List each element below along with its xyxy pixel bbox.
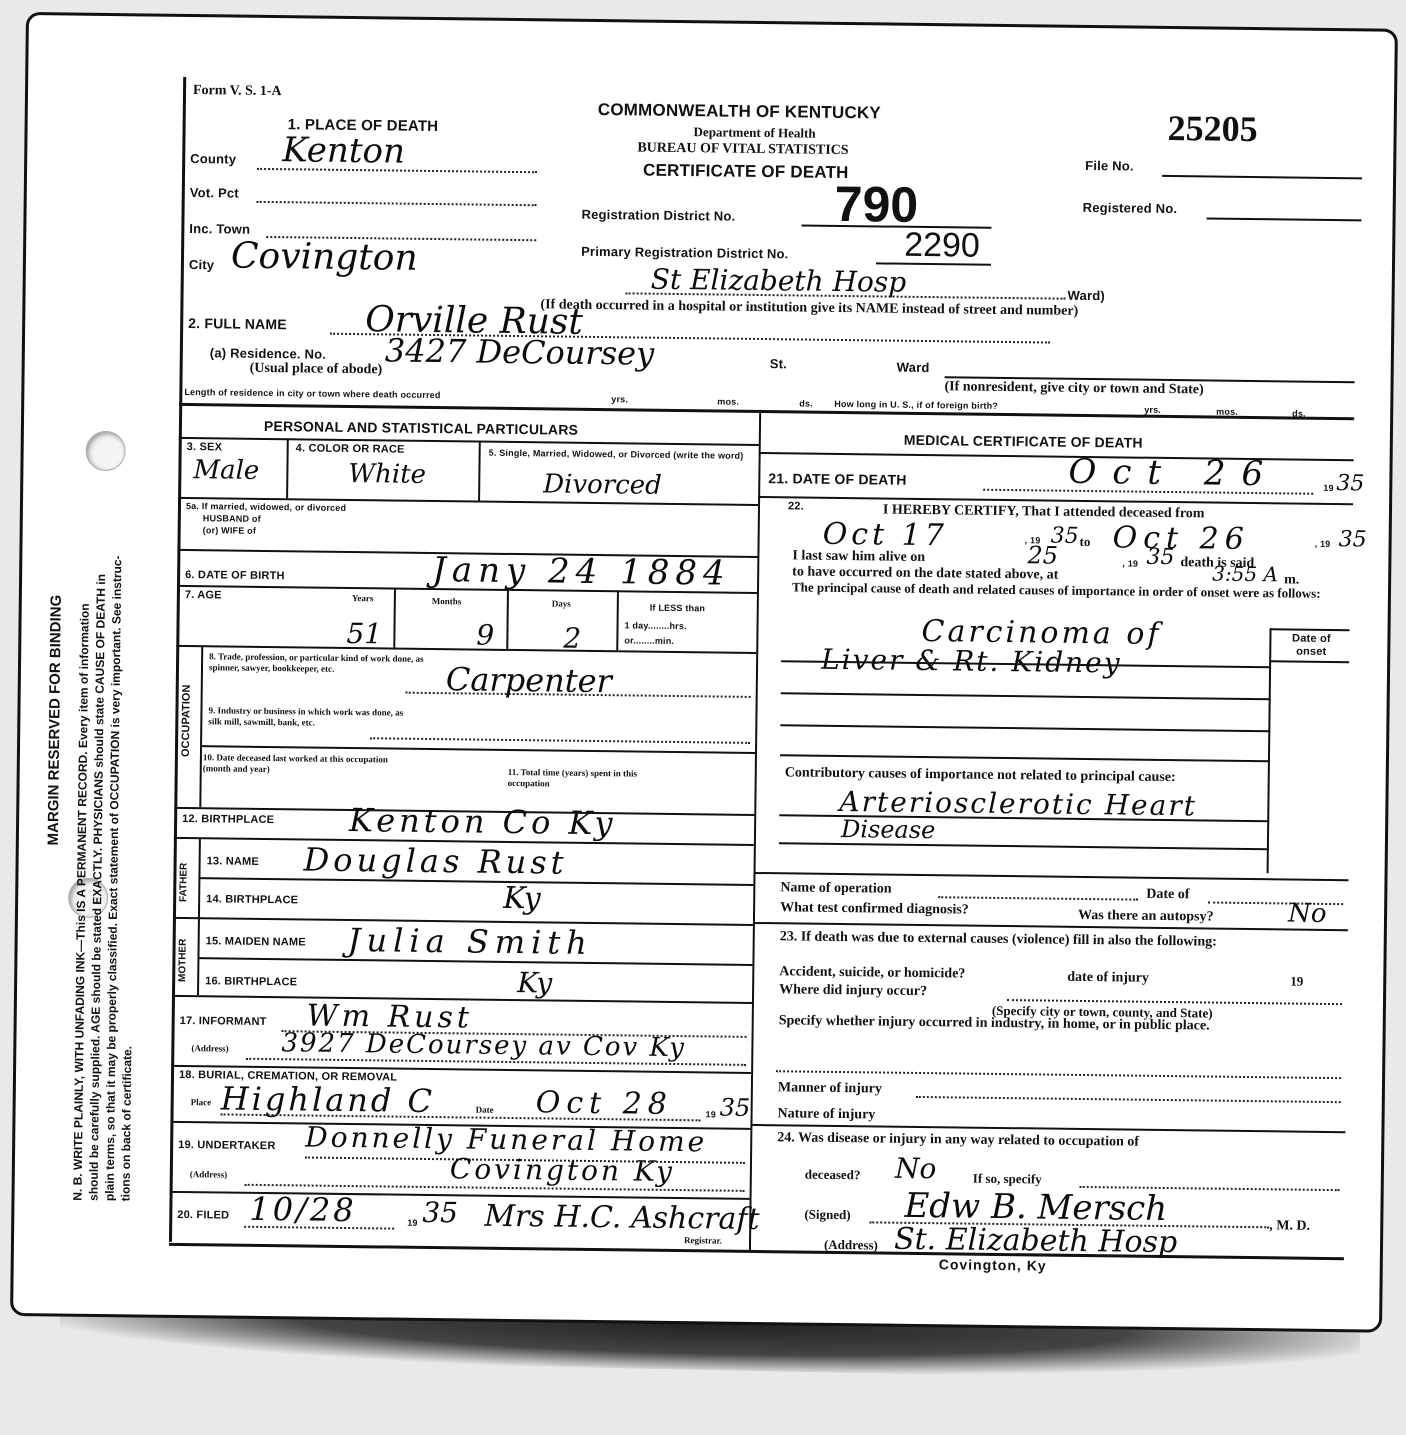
years-value[interactable]: 51 <box>346 617 382 650</box>
stamped-number: 25205 <box>1167 107 1258 150</box>
industry-label: 9. Industry or business in which work wa… <box>208 705 408 729</box>
attended-from-value[interactable]: Oct 17 <box>822 517 948 554</box>
dob-label: 6. DATE OF BIRTH <box>185 569 285 582</box>
vot-pct-label: Vot. Pct <box>190 185 239 201</box>
less-day-label: 1 day........hrs. <box>624 620 686 631</box>
file-no-label: File No. <box>1085 158 1134 174</box>
attended-to-year[interactable]: 35 <box>1338 527 1366 552</box>
nonresident-note: (If nonresident, give city or town and S… <box>944 379 1203 398</box>
age-label: 7. AGE <box>185 589 222 601</box>
last-saw-year[interactable]: 35 <box>1146 545 1174 570</box>
father-name-value[interactable]: Douglas Rust <box>303 840 567 881</box>
registrar-label: Registrar. <box>684 1235 722 1245</box>
usual-abode-note: (Usual place of abode) <box>250 361 383 379</box>
informant-address-label: (Address) <box>191 1043 228 1053</box>
trade-label: 8. Trade, profession, or particular kind… <box>209 651 424 676</box>
occupation-side-label: OCCUPATION <box>180 685 193 757</box>
marital-value[interactable]: Divorced <box>543 469 662 500</box>
if-so-label: If so, specify <box>973 1171 1042 1188</box>
city-label: City <box>189 257 215 272</box>
where-injury-label: Where did injury occur? <box>779 982 927 1000</box>
certificate-title: CERTIFICATE OF DEATH <box>643 161 849 184</box>
autopsy-value[interactable]: No <box>1288 898 1327 928</box>
form-left-border <box>169 77 186 1242</box>
less-min-label: or........min. <box>624 635 674 646</box>
months-label: Months <box>432 596 462 606</box>
primary-registration-value[interactable]: 2290 <box>904 226 980 266</box>
punch-hole <box>85 431 125 471</box>
years-label: Years <box>352 593 374 603</box>
race-value[interactable]: White <box>348 459 426 490</box>
date-of-label: Date of <box>1146 887 1189 904</box>
undertaker-address-value[interactable]: Covington Ky <box>450 1152 675 1188</box>
father-name-label: 13. NAME <box>207 855 259 868</box>
signed-label: (Signed) <box>804 1207 850 1224</box>
date-of-death-label: 21. DATE OF DEATH <box>768 470 906 488</box>
autopsy-label: Was there an autopsy? <box>1078 908 1214 926</box>
date-injury-year: 19 <box>1290 974 1303 990</box>
residence-label: (a) Residence. No. <box>210 345 326 361</box>
county-label: County <box>190 151 236 167</box>
primary-registration-label: Primary Registration District No. <box>581 244 789 262</box>
city-value[interactable]: Covington <box>231 236 418 279</box>
date-of-death-value[interactable]: Oct 26 <box>1068 452 1279 495</box>
length-residence-label: Length of residence in city or town wher… <box>184 387 440 400</box>
less-than-label: If LESS than <box>650 603 706 614</box>
ward-label-top: Ward) <box>1068 288 1106 303</box>
test-label: What test confirmed diagnosis? <box>780 900 969 918</box>
manner-label: Manner of injury <box>778 1080 882 1097</box>
form-id: Form V. S. 1-A <box>193 83 282 100</box>
operation-label: Name of operation <box>780 880 891 897</box>
burial-year-value[interactable]: 35 <box>719 1094 750 1122</box>
specify-whether-label: Specify whether injury occurred in indus… <box>779 1014 1339 1035</box>
filed-year-value[interactable]: 35 <box>422 1196 458 1229</box>
sex-label: 3. SEX <box>187 441 223 453</box>
institution-note: (If death occurred in a hospital or inst… <box>540 297 1078 320</box>
mother-side-label: MOTHER <box>177 939 189 982</box>
burial-place-label: Place <box>191 1097 212 1107</box>
birthplace-value[interactable]: Kenton Co Ky <box>349 801 617 842</box>
dob-value[interactable]: Jany 24 1884 <box>432 550 731 594</box>
deceased-label: deceased? <box>805 1167 861 1184</box>
spouse-label-1: 5a. If married, widowed, or divorced <box>186 501 346 513</box>
address-stamp: Covington, Ky <box>939 1256 1047 1273</box>
filed-year-prefix: 19 <box>407 1218 418 1228</box>
full-name-label: 2. FULL NAME <box>188 315 287 332</box>
contributory-line-2[interactable]: Disease <box>841 815 936 844</box>
accident-label: Accident, suicide, or homicide? <box>779 964 965 982</box>
filed-label: 20. FILED <box>177 1209 229 1222</box>
mother-birthplace-value[interactable]: Ky <box>517 966 552 999</box>
total-time-label: 11. Total time (years) spent in this occ… <box>508 767 648 791</box>
mos-label: mos. <box>717 396 739 406</box>
registered-no-label: Registered No. <box>1083 200 1178 216</box>
residence-ward-label: Ward <box>897 360 930 375</box>
contributory-label: Contributory causes of importance not re… <box>785 766 1225 784</box>
death-year-value[interactable]: 35 <box>1336 471 1364 496</box>
state-title: COMMONWEALTH OF KENTUCKY <box>598 100 881 123</box>
registrar-value[interactable]: Mrs H.C. Ashcraft <box>484 1199 760 1237</box>
sex-value[interactable]: Male <box>193 455 259 486</box>
occupation-related-value[interactable]: No <box>895 1152 937 1186</box>
date-injury-label: date of injury <box>1067 970 1149 987</box>
last-saw-value[interactable]: 25 <box>1027 541 1058 569</box>
undertaker-address-label: (Address) <box>190 1169 227 1179</box>
informant-address-value[interactable]: 3927 DeCoursey av Cov Ky <box>281 1028 686 1063</box>
attended-to-value[interactable]: Oct 26 <box>1112 520 1250 557</box>
mother-birthplace-label: 16. BIRTHPLACE <box>205 975 297 988</box>
informant-label: 17. INFORMANT <box>180 1015 267 1028</box>
margin-instruction-4: tions on back of certificate. <box>118 1046 134 1202</box>
months-value[interactable]: 9 <box>476 619 494 652</box>
spouse-label-2: HUSBAND of <box>203 513 261 524</box>
time-value[interactable]: 3:55 A <box>1212 562 1278 587</box>
residence-value[interactable]: 3427 DeCoursey <box>385 331 655 372</box>
marital-label: 5. Single, Married, Widowed, or Divorced… <box>489 448 749 461</box>
date-of-onset-label: Date of onset <box>1275 632 1347 659</box>
bureau: BUREAU OF VITAL STATISTICS <box>637 140 848 159</box>
father-birthplace-label: 14. BIRTHPLACE <box>206 893 298 906</box>
nature-label: Nature of injury <box>777 1106 875 1123</box>
how-long-label: How long in U. S., if of foreign birth? <box>834 399 998 411</box>
father-side-label: FATHER <box>178 863 189 902</box>
last-worked-label: 10. Date deceased last worked at this oc… <box>203 752 413 777</box>
department: Department of Health <box>693 124 815 141</box>
burial-date-label: Date <box>476 1105 494 1115</box>
burial-date-value[interactable]: Oct 28 <box>535 1085 673 1122</box>
mother-name-value[interactable]: Julia Smith <box>347 921 593 962</box>
md-label: , M. D. <box>1269 1218 1310 1234</box>
yrs-label-2: yrs. <box>1144 405 1161 415</box>
registration-district-label: Registration District No. <box>581 207 735 224</box>
margin-reserved-label: MARGIN RESERVED FOR BINDING <box>45 595 65 846</box>
personal-section-title: PERSONAL AND STATISTICAL PARTICULARS <box>264 418 578 438</box>
medical-section-title: MEDICAL CERTIFICATE OF DEATH <box>904 432 1143 451</box>
days-label: Days <box>552 598 571 608</box>
filed-date-value[interactable]: 10/28 <box>249 1190 357 1229</box>
external-causes-label: 23. If death was due to external causes … <box>780 930 1340 951</box>
race-label: 4. COLOR OR RACE <box>296 442 405 455</box>
mother-name-label: 15. MAIDEN NAME <box>206 935 306 948</box>
undertaker-label: 19. UNDERTAKER <box>178 1139 275 1152</box>
inc-town-label: Inc. Town <box>189 221 250 237</box>
occupation-related-label: 24. Was disease or injury in any way rel… <box>777 1130 1139 1150</box>
spouse-label-3: (or) WIFE of <box>203 525 257 536</box>
ds-label: ds. <box>799 398 813 408</box>
father-birthplace-value[interactable]: Ky <box>503 881 541 916</box>
yrs-label: yrs. <box>611 394 628 404</box>
birthplace-label: 12. BIRTHPLACE <box>182 813 274 826</box>
last-saw-label: I last saw him alive on <box>792 548 925 566</box>
death-year-prefix: 19 <box>1323 483 1334 493</box>
certify-num: 22. <box>788 500 804 512</box>
residence-st-label: St. <box>770 356 787 371</box>
county-value[interactable]: Kenton <box>282 130 405 171</box>
to-label: to <box>1080 534 1091 550</box>
burial-year-prefix: 19 <box>706 1109 717 1119</box>
death-certificate: MARGIN RESERVED FOR BINDING N. B. WRITE … <box>10 12 1398 1333</box>
